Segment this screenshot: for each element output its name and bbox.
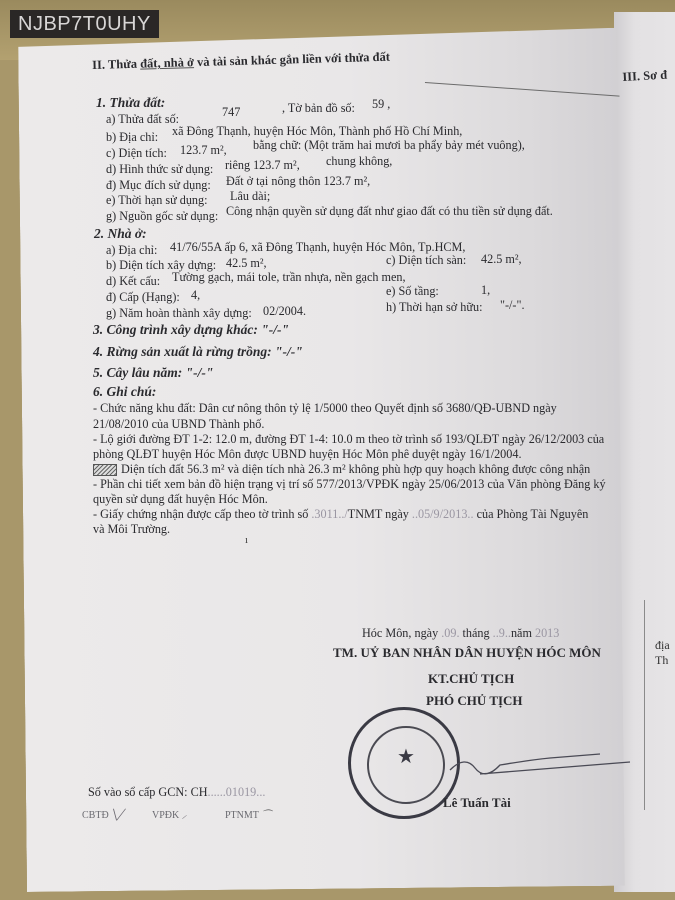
structure-label: d) Kết cấu: bbox=[106, 274, 160, 289]
land-area-value: 123.7 m², bbox=[180, 143, 227, 158]
vpdk-initials: VPĐK ⸝ bbox=[152, 808, 187, 823]
place-date-prefix: Hóc Môn, ngày bbox=[362, 626, 438, 640]
house-address-label: a) Địa chỉ: bbox=[106, 243, 157, 258]
signing-year: 2013 bbox=[535, 626, 559, 640]
ownership-term-value: "-/-". bbox=[500, 298, 525, 313]
note-line-hatched: Diện tích đất 56.3 m² và diện tích nhà 2… bbox=[93, 462, 590, 477]
hatch-legend-icon bbox=[93, 464, 117, 476]
usage-form-private: riêng 123.7 m², bbox=[225, 158, 300, 173]
land-heading: 1. Thửa đất: bbox=[96, 95, 165, 110]
registry-value: ......01019... bbox=[208, 785, 266, 799]
floors-value: 1, bbox=[481, 283, 490, 298]
month-label: tháng bbox=[463, 626, 490, 640]
usage-purpose-value: Đất ở tại nông thôn 123.7 m², bbox=[226, 174, 370, 189]
cert-number: .3011../ bbox=[311, 507, 347, 521]
signing-role-2: PHÓ CHỦ TỊCH bbox=[426, 693, 523, 708]
right-page-line-1: địa bbox=[655, 638, 670, 653]
signature-scribble bbox=[440, 750, 640, 780]
note-line: phòng QLĐT huyện Hóc Môn được UBND huyện… bbox=[93, 447, 522, 462]
section-ii-title-underlined: đất, nhà ở bbox=[140, 55, 194, 70]
note-line: 21/08/2010 của UBND Thành phố. bbox=[93, 417, 264, 432]
land-area-words: bằng chữ: (Một trăm hai mươi ba phẩy bảy… bbox=[253, 138, 525, 153]
grade-label: đ) Cấp (Hạng): bbox=[106, 290, 180, 305]
floor-area-value: 42.5 m², bbox=[481, 252, 522, 267]
notes-heading: 6. Ghi chú: bbox=[93, 384, 156, 399]
section-ii-title: II. Thửa đất, nhà ở và tài sản khác gắn … bbox=[92, 50, 390, 73]
signing-month: ..9.. bbox=[493, 626, 511, 640]
seal-star-icon: ★ bbox=[397, 750, 415, 765]
signer-name: Lê Tuấn Tài bbox=[443, 795, 511, 810]
land-parcel-label: a) Thửa đất số: bbox=[106, 112, 179, 127]
usage-form-shared: chung không, bbox=[326, 154, 392, 169]
note-line-hatched-text: Diện tích đất 56.3 m² và diện tích nhà 2… bbox=[121, 462, 590, 476]
vpdk-mark-icon: ⸝ bbox=[179, 810, 187, 821]
usage-term-value: Lâu dài; bbox=[230, 189, 270, 204]
cbtd-initials: CBTĐ ╲╱ bbox=[82, 808, 123, 823]
stray-mark: ı bbox=[245, 533, 248, 548]
map-sheet-value: 59 , bbox=[372, 97, 390, 112]
land-address-label: b) Địa chỉ: bbox=[106, 130, 158, 145]
usage-form-label: d) Hình thức sử dụng: bbox=[106, 162, 213, 177]
ptnmt-label: PTNMT bbox=[225, 810, 259, 821]
cert-mid: TNMT ngày bbox=[348, 507, 409, 521]
cbtd-mark-icon: ╲╱ bbox=[109, 810, 124, 821]
cert-suffix: của Phòng Tài Nguyên bbox=[477, 507, 589, 521]
registry-label: Số vào sổ cấp GCN: CH bbox=[88, 785, 208, 799]
land-parcel-value: 747 bbox=[222, 105, 240, 120]
signing-organization: TM. UỶ BAN NHÂN DÂN HUYỆN HÓC MÔN bbox=[333, 645, 601, 660]
note-line: - Lộ giới đường ĐT 1-2: 12.0 m, đường ĐT… bbox=[93, 432, 604, 447]
structure-value: Tường gạch, mái tole, trần nhựa, nền gạc… bbox=[172, 270, 406, 285]
completion-year-label: g) Năm hoàn thành xây dựng: bbox=[106, 306, 252, 321]
seal-emblem-icon: ★ bbox=[367, 726, 445, 804]
usage-term-label: e) Thời hạn sử dụng: bbox=[106, 193, 208, 208]
usage-origin-label: g) Nguồn gốc sử dụng: bbox=[106, 209, 218, 224]
right-page-line-2: Th bbox=[655, 653, 668, 668]
grade-value: 4, bbox=[191, 288, 200, 303]
usage-origin-value: Công nhận quyền sử dụng đất như giao đất… bbox=[226, 204, 553, 219]
note-line: và Môi Trường. bbox=[93, 522, 170, 537]
watermark-id: NJBP7T0UHY bbox=[10, 10, 159, 38]
section-ii-title-prefix: II. Thửa bbox=[92, 57, 140, 72]
usage-purpose-label: đ) Mục đích sử dụng: bbox=[106, 178, 211, 193]
map-sheet-label: , Tờ bản đồ số: bbox=[282, 101, 355, 116]
note-line-certificate: - Giấy chứng nhận được cấp theo tờ trình… bbox=[93, 507, 588, 522]
build-area-value: 42.5 m², bbox=[226, 256, 267, 271]
certificate-document: II. Thửa đất, nhà ở và tài sản khác gắn … bbox=[0, 0, 675, 900]
completion-year-value: 02/2004. bbox=[263, 304, 306, 319]
production-forest: 4. Rừng sản xuất là rừng trồng: "-/-" bbox=[93, 344, 303, 359]
signing-day: .09. bbox=[441, 626, 459, 640]
signing-place-date: Hóc Môn, ngày .09. tháng ..9..năm 2013 bbox=[362, 626, 559, 641]
cert-date: ..05/9/2013.. bbox=[412, 507, 474, 521]
ptnmt-initials: PTNMT ⌒ bbox=[225, 808, 271, 823]
note-line: quyền sử dụng đất huyện Hóc Môn. bbox=[93, 492, 268, 507]
floors-label: e) Số tầng: bbox=[386, 284, 439, 299]
floor-area-label: c) Diện tích sàn: bbox=[386, 253, 466, 268]
ownership-term-label: h) Thời hạn sở hữu: bbox=[386, 300, 482, 315]
other-works: 3. Công trình xây dựng khác: "-/-" bbox=[93, 322, 289, 337]
year-label: năm bbox=[511, 626, 532, 640]
right-page-border bbox=[644, 600, 645, 810]
registry-number: Số vào sổ cấp GCN: CH......01019... bbox=[88, 785, 265, 800]
house-heading: 2. Nhà ở: bbox=[94, 226, 147, 241]
section-iii-title: III. Sơ đ bbox=[622, 68, 668, 85]
cert-prefix: - Giấy chứng nhận được cấp theo tờ trình… bbox=[93, 507, 308, 521]
section-ii-title-suffix: và tài sản khác gắn liền với thửa đất bbox=[194, 50, 390, 69]
land-address-value: xã Đông Thạnh, huyện Hóc Môn, Thành phố … bbox=[172, 124, 462, 139]
note-line: - Chức năng khu đất: Dân cư nông thôn tỷ… bbox=[93, 401, 557, 416]
cbtd-label: CBTĐ bbox=[82, 810, 109, 821]
note-line: - Phần chi tiết xem bản đồ hiện trạng vị… bbox=[93, 477, 606, 492]
land-area-label: c) Diện tích: bbox=[106, 146, 167, 161]
signing-role-1: KT.CHỦ TỊCH bbox=[428, 671, 514, 686]
ptnmt-mark-icon: ⌒ bbox=[259, 810, 272, 821]
vpdk-label: VPĐK bbox=[152, 810, 179, 821]
perennial-trees: 5. Cây lâu năm: "-/-" bbox=[93, 365, 213, 380]
